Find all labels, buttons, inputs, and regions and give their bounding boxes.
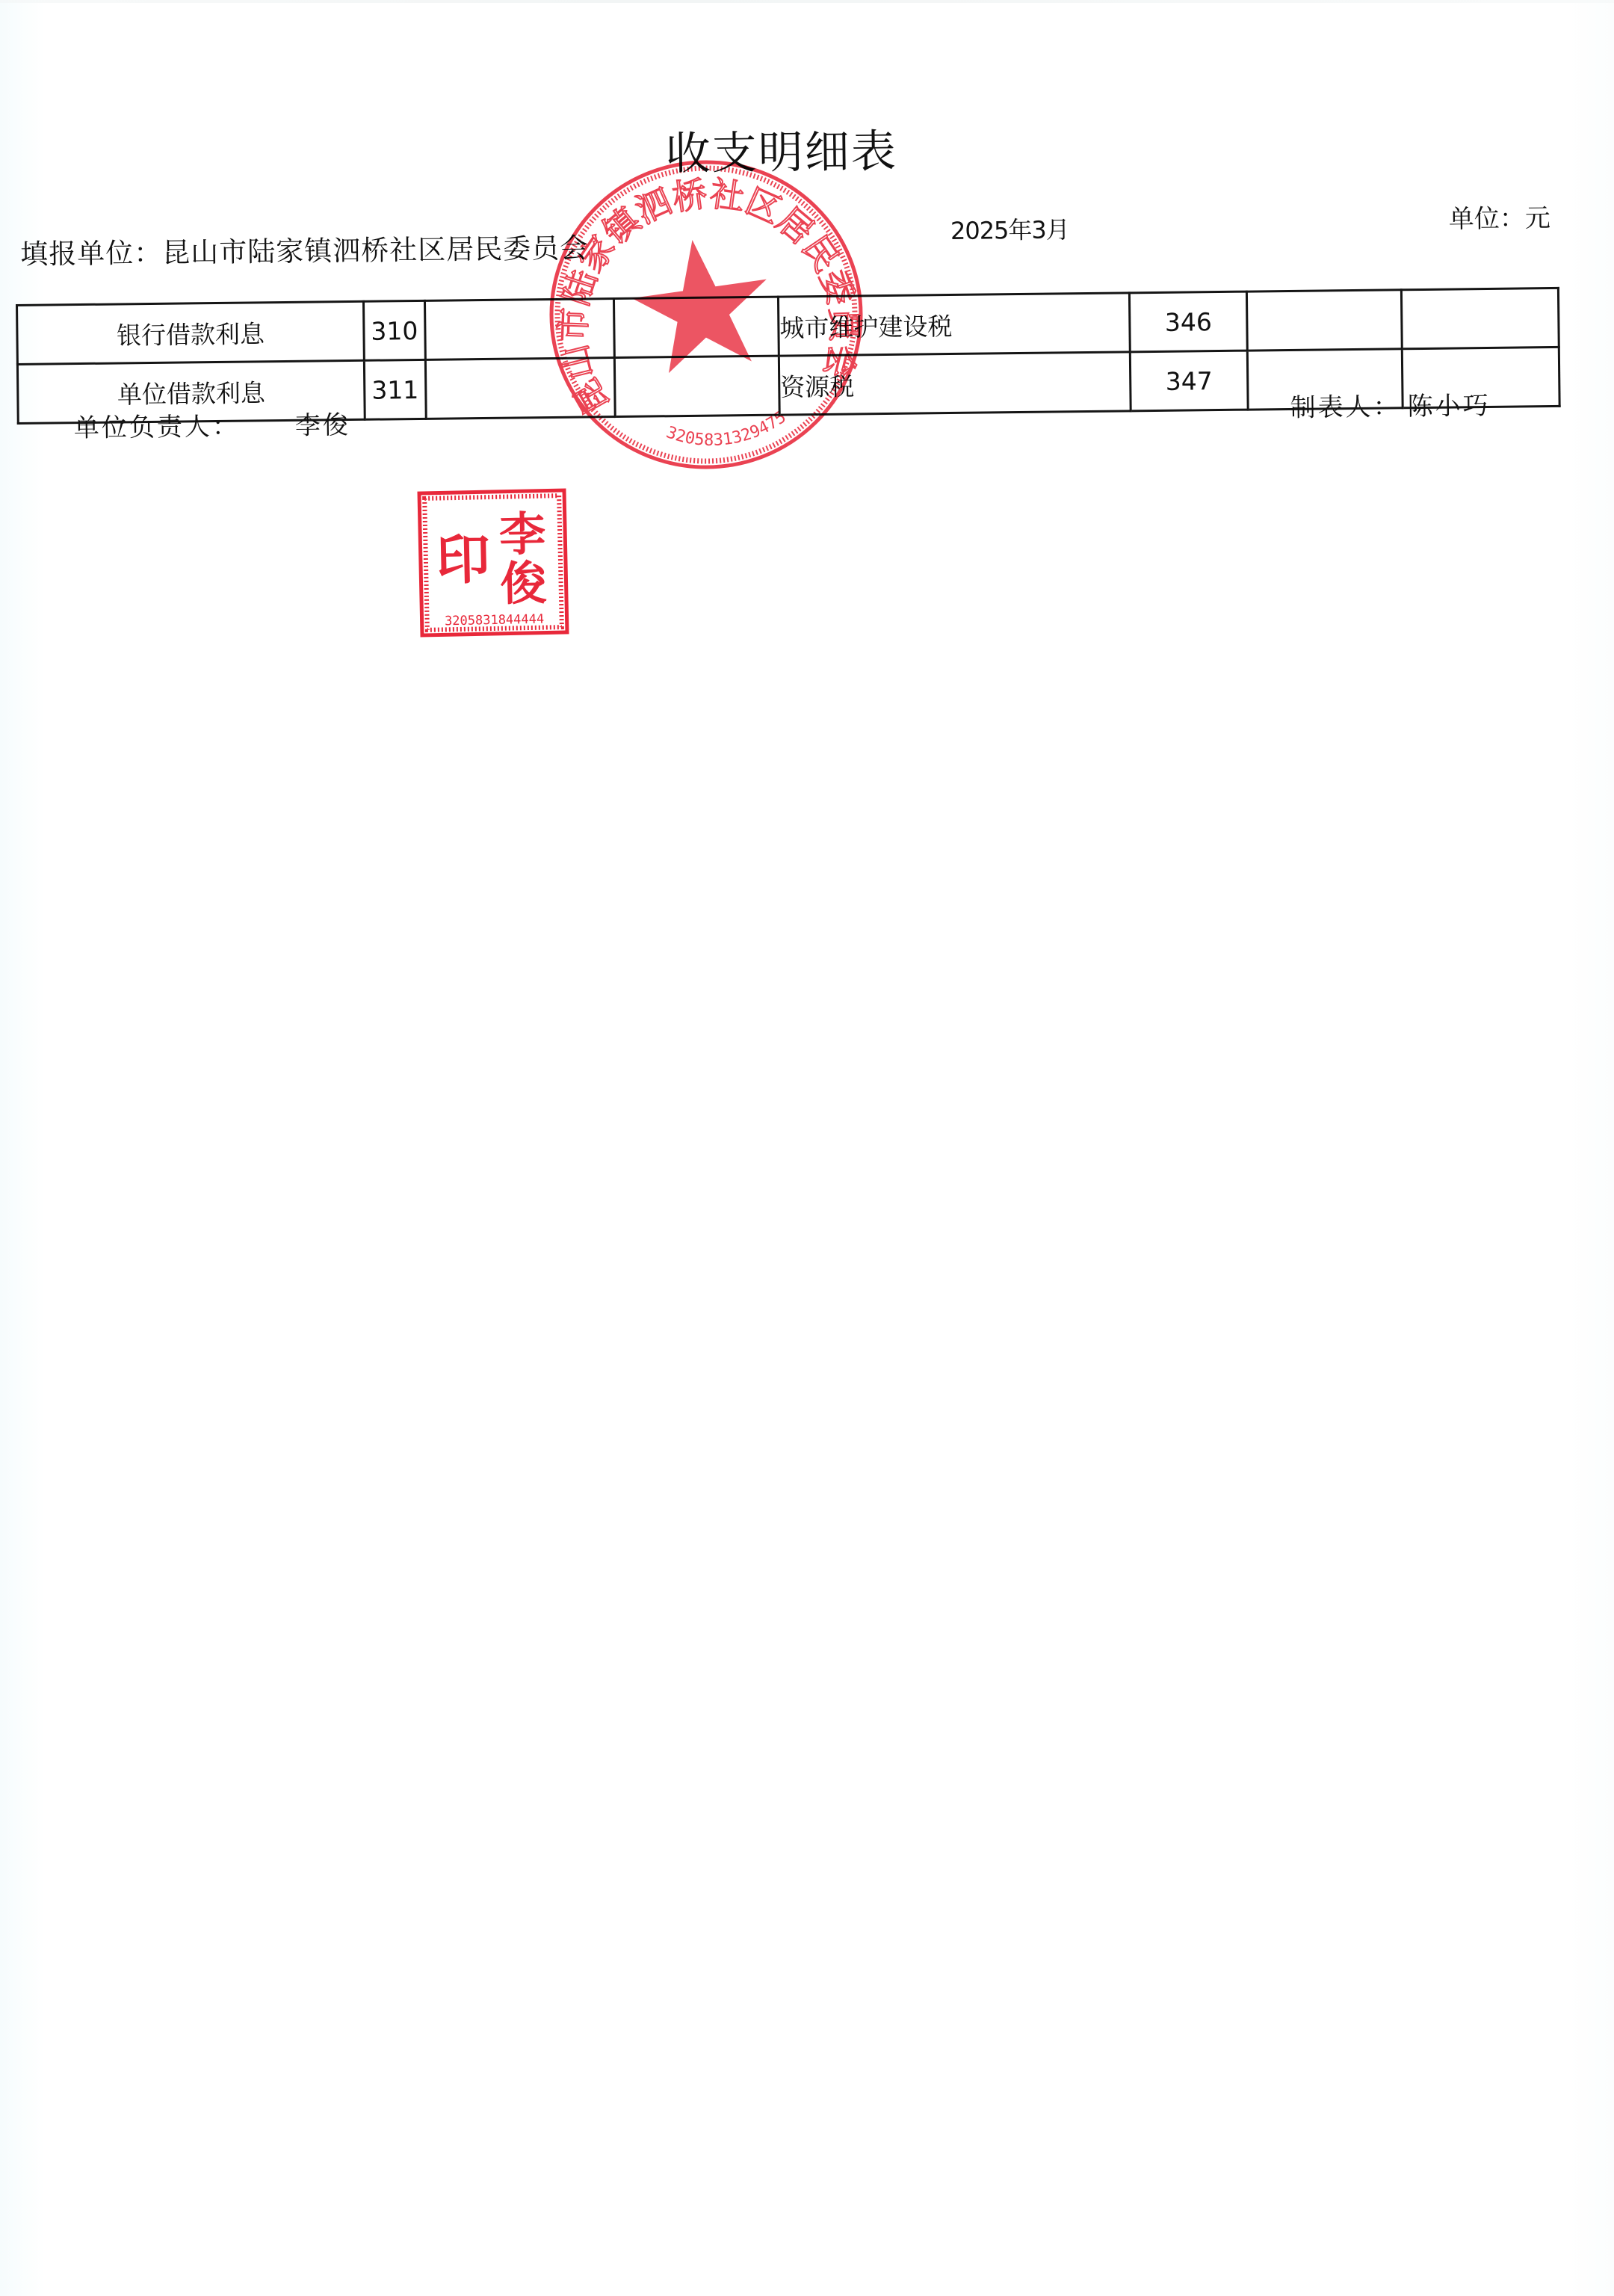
report-period: 2025年3月 xyxy=(950,217,1069,243)
preparer-label: 制表人： xyxy=(1290,394,1400,421)
preparer-name: 陈小巧 xyxy=(1407,393,1490,419)
right-value-cell xyxy=(1401,288,1559,348)
personal-seal: 印 李 俊 3205831844444 xyxy=(417,488,569,638)
unit-head-label: 单位负责人： xyxy=(74,414,240,441)
personal-seal-code: 3205831844444 xyxy=(445,612,544,629)
right-code-cell: 347 xyxy=(1130,351,1248,411)
personal-seal-name-2: 俊 xyxy=(500,556,548,611)
right-value-cell xyxy=(1246,290,1402,351)
right-code-cell: 346 xyxy=(1129,291,1247,352)
document-page: 收支明细表 填报单位：昆山市陆家镇泗桥社区居民委员会 2025年3月 单位：元 … xyxy=(0,0,1614,2296)
currency-unit: 单位：元 xyxy=(1449,206,1550,232)
left-code-cell: 310 xyxy=(363,300,425,360)
star-icon xyxy=(625,230,777,377)
reporting-unit: 填报单位：昆山市陆家镇泗桥社区居民委员会 xyxy=(20,234,588,268)
official-seal: 昆山市陆家镇泗桥社区居民委员会 3205831329475 xyxy=(548,158,865,471)
personal-seal-name-1: 李 xyxy=(498,507,546,562)
official-seal-code: 3205831329475 xyxy=(661,407,792,457)
left-code-cell: 311 xyxy=(364,359,426,419)
personal-seal-suffix: 印 xyxy=(436,528,491,591)
left-item-cell: 银行借款利息 xyxy=(17,301,365,364)
unit-head-name: 李俊 xyxy=(295,413,350,439)
